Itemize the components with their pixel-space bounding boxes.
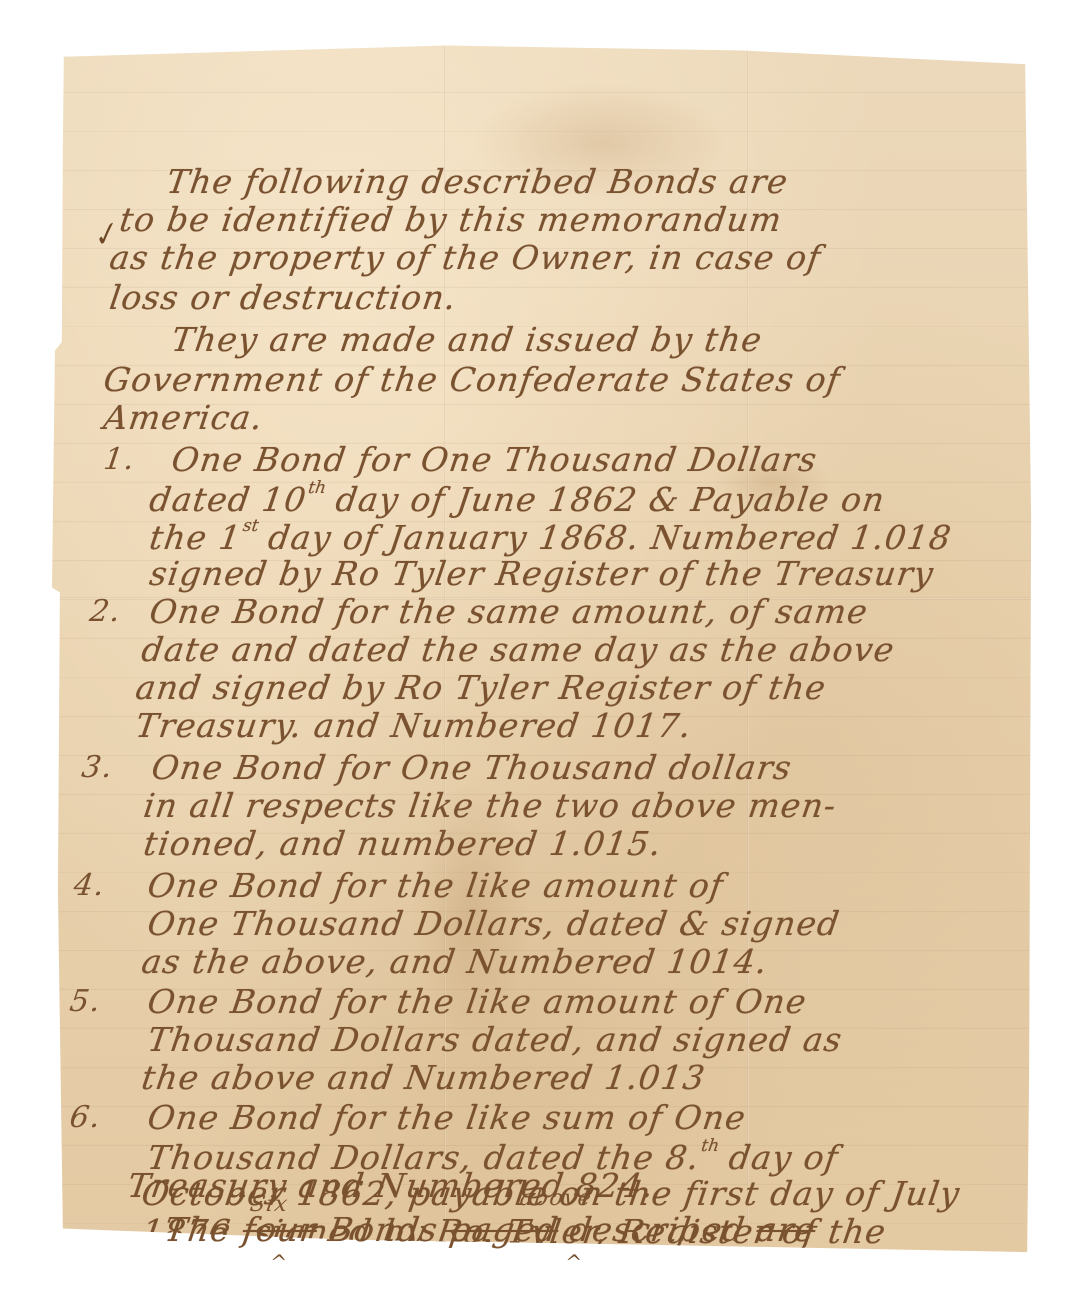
bond-1-line-1: One Bond for One Thousand Dollars	[169, 440, 820, 479]
bond-3-line-3: tioned, and numbered 1.015.	[141, 824, 664, 863]
bond-4-line-2: One Thousand Dollars, dated & signed	[145, 904, 842, 943]
handwritten-text: ✓ The following described Bonds are to b…	[52, 22, 1039, 1262]
bond-6-line-1: One Bond for the like sum of One	[145, 1098, 749, 1137]
bond-1-line-3: the 1st day of January 1868. Numbered 1.…	[147, 516, 954, 557]
bond-2-line-4: Treasury. and Numbered 1017.	[133, 706, 694, 745]
bond-6-line-4: 1876, signed by Ro. Tyler, Register of t…	[139, 1212, 889, 1251]
bond-4-number: 4.	[72, 868, 108, 903]
bond-2-number: 2.	[88, 594, 124, 629]
bond-3-line-2: in all respects like the two above men-	[141, 786, 839, 825]
bond-1-line-4: signed by Ro Tyler Register of the Treas…	[147, 554, 936, 593]
bond-1-number: 1.	[102, 442, 138, 477]
intro-line-2: to be identified by this memorandum	[117, 200, 785, 239]
issuer-line-2: Government of the Confederate States of	[101, 360, 843, 399]
bond-6-line-2: Thousand Dollars, dated the 8.th day of	[145, 1136, 841, 1177]
bond-2-line-3: and signed by Ro Tyler Register of the	[133, 668, 829, 707]
insertion-caret-1: ^	[268, 1250, 289, 1274]
bond-1-line-2: dated 10th day of June 1862 & Payable on	[147, 478, 888, 519]
intro-line-1: The following described Bonds are	[164, 162, 791, 201]
bond-3-line-1: One Bond for One Thousand dollars	[149, 748, 794, 787]
document-page: ✓ The following described Bonds are to b…	[52, 22, 1039, 1262]
bond-5-line-3: the above and Numbered 1.013	[139, 1058, 708, 1097]
bond-4-line-1: One Bond for the like amount of	[145, 866, 726, 905]
bond-4-line-3: as the above, and Numbered 1014.	[139, 942, 770, 981]
bond-5-number: 5.	[68, 984, 104, 1019]
bond-3-number: 3.	[80, 750, 116, 785]
insertion-caret-2: ^	[563, 1250, 584, 1274]
issuer-line-3: America.	[101, 398, 266, 437]
bond-2-line-2: date and dated the same day as the above	[139, 630, 897, 669]
issuer-line-1: They are made and issued by the	[169, 320, 765, 359]
intro-line-4: loss or destruction.	[107, 278, 459, 317]
bond-6-line-3: October 1862, payable on the first day o…	[139, 1174, 963, 1213]
bond-6-number: 6.	[68, 1100, 104, 1135]
bond-5-line-2: Thousand Dollars dated, and signed as	[145, 1020, 845, 1059]
intro-line-3: as the property of the Owner, in case of	[107, 238, 824, 277]
bond-5-line-1: One Bond for the like amount of One	[145, 982, 809, 1021]
bond-2-line-1: One Bond for the same amount, of same	[147, 592, 871, 631]
